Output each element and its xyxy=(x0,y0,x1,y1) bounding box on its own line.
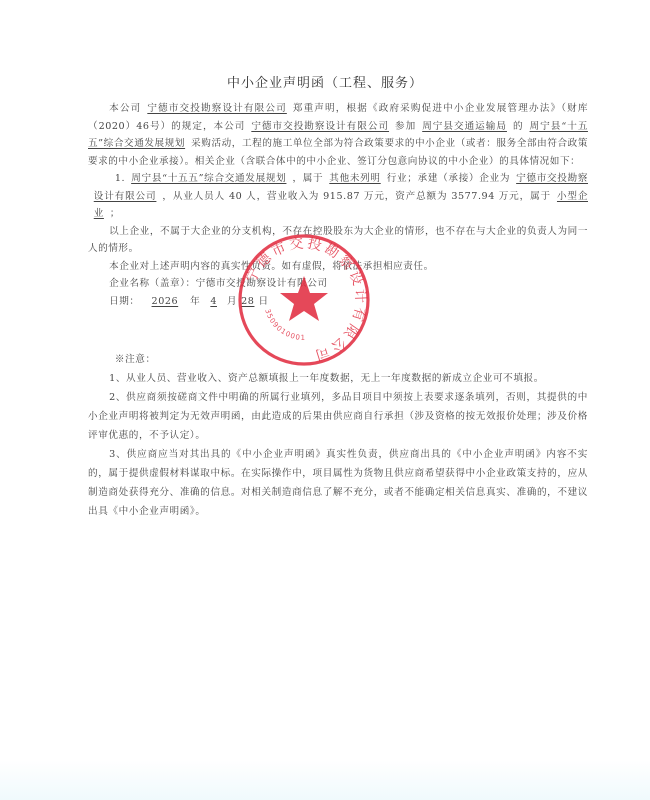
document-title: 中小企业声明函（工程、服务） xyxy=(0,72,650,91)
note-item: 2、供应商须按磋商文件中明确的所属行业填列，多品目项目中须按上表要求逐条填列，否… xyxy=(88,388,588,445)
note-item: 1、从业人员、营业收入、资产总额填报上一年度数据，无上一年度数据的新成立企业可不… xyxy=(88,369,588,388)
company-seal-stamp: 宁德市交投勘察设计有限公司 3509010001 xyxy=(236,232,372,368)
item-project-field: 周宁县“十五五”综合交通发展规划 xyxy=(125,173,292,184)
document-page: 中小企业声明函（工程、服务） 本公司宁德市交投勘察设计有限公司郑重声明，根据《政… xyxy=(0,0,650,800)
company-name-field-2: 宁德市交投勘察设计有限公司 xyxy=(245,121,395,132)
item-1: 1.周宁县“十五五”综合交通发展规划，属于其他未列明行业；承建（承接）企业为宁德… xyxy=(88,170,588,223)
date-year: 2026 xyxy=(140,296,191,307)
industry-field: 其他未列明 xyxy=(323,173,386,184)
star-icon xyxy=(280,276,328,321)
scan-artifact xyxy=(0,760,650,800)
notes-section: ※注意： 1、从业人员、营业收入、资产总额填报上一年度数据，无上一年度数据的新成… xyxy=(88,350,588,521)
purchaser-field: 周宁县交通运输局 xyxy=(416,121,513,132)
note-item: 3、供应商应当对其出具的《中小企业声明函》真实性负责，供应商出具的《中小企业声明… xyxy=(88,445,588,521)
company-name-field: 宁德市交投勘察设计有限公司 xyxy=(141,103,293,114)
date-month: 4 xyxy=(200,296,227,307)
